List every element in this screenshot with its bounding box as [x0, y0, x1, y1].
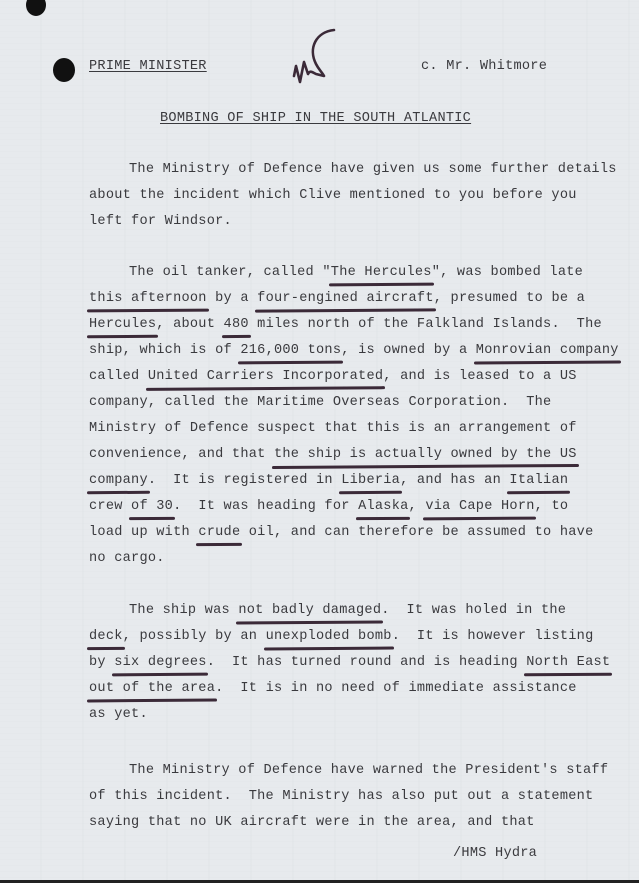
text-line: called United Carriers Incorporated, and…	[89, 369, 577, 384]
text-line: The oil tanker, called "The Hercules", w…	[129, 265, 583, 280]
text-line: of this incident. The Ministry has also …	[89, 789, 593, 804]
copy-to: c. Mr. Whitmore	[421, 59, 547, 74]
text-line: load up with crude oil, and can therefor…	[89, 525, 593, 540]
punch-hole	[53, 58, 75, 82]
text-line: this afternoon by a four-engined aircraf…	[89, 291, 585, 306]
text-line: The ship was not badly damaged. It was h…	[129, 603, 566, 618]
text-line: saying that no UK aircraft were in the a…	[89, 815, 535, 830]
punch-hole	[26, 0, 46, 16]
text-line: convenience, and that the ship is actual…	[89, 447, 577, 462]
text-line: ship, which is of 216,000 tons, is owned…	[89, 343, 619, 358]
document-title: BOMBING OF SHIP IN THE SOUTH ATLANTIC	[160, 111, 471, 126]
text-line: company, called the Maritime Overseas Co…	[89, 395, 551, 410]
text-line: deck, possibly by an unexploded bomb. It…	[89, 629, 594, 644]
text-line: Ministry of Defence suspect that this is…	[89, 421, 577, 436]
text-line: about the incident which Clive mentioned…	[89, 188, 577, 203]
text-line: company. It is registered in Liberia, an…	[89, 473, 568, 488]
text-line: by six degrees. It has turned round and …	[89, 655, 610, 670]
text-line: left for Windsor.	[89, 214, 232, 229]
text-line: Hercules, about 480 miles north of the F…	[89, 317, 602, 332]
document-page: PRIME MINISTER c. Mr. Whitmore BOMBING O…	[0, 0, 639, 883]
handwritten-initials-icon	[286, 26, 346, 86]
text-line: The Ministry of Defence have given us so…	[129, 162, 617, 177]
text-line: as yet.	[89, 707, 148, 722]
catchword: /HMS Hydra	[453, 846, 537, 861]
text-line: crew of 30. It was heading for Alaska, v…	[89, 499, 568, 514]
text-line: no cargo.	[89, 551, 165, 566]
text-line: out of the area. It is in no need of imm…	[89, 681, 577, 696]
text-line: The Ministry of Defence have warned the …	[129, 763, 608, 778]
addressee: PRIME MINISTER	[89, 59, 207, 74]
